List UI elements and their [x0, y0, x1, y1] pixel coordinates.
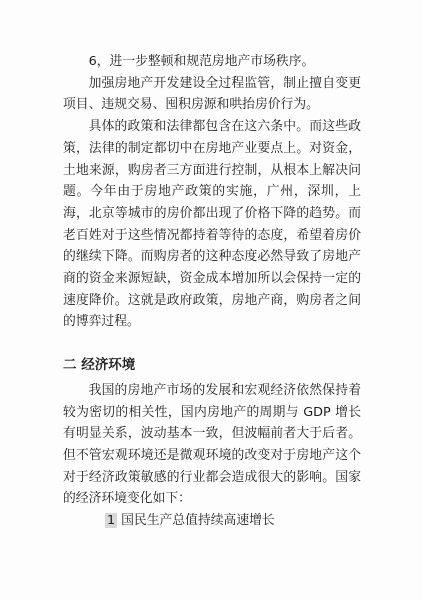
list-item-gnp-growth: 1国民生产总值持续高速增长	[63, 510, 361, 532]
list-item-text: 国民生产总值持续高速增长	[121, 513, 275, 528]
paragraph-policy-item-6: 6，进一步整顿和规范房地产市场秩序。	[63, 51, 361, 73]
section-heading-economic-environment: 二 经济环境	[63, 355, 361, 377]
list-item-marker: 1	[105, 513, 117, 528]
paragraph-economic-environment: 我国的房地产市场的发展和宏观经济依然保持着较为密切的相关性，国内房地产的周期与 …	[63, 380, 361, 510]
paragraph-policy-analysis: 具体的政策和法律都包含在这六条中。而这些政策，法律的制定都切中在房地产业要点上。…	[63, 116, 361, 333]
document-page: 6，进一步整顿和规范房地产市场秩序。 加强房地产开发建设全过程监管，制止擅自变更…	[0, 0, 423, 600]
paragraph-supervision: 加强房地产开发建设全过程监管，制止擅自变更项目、违规交易、囤积房源和哄抬房价行为…	[63, 73, 361, 116]
